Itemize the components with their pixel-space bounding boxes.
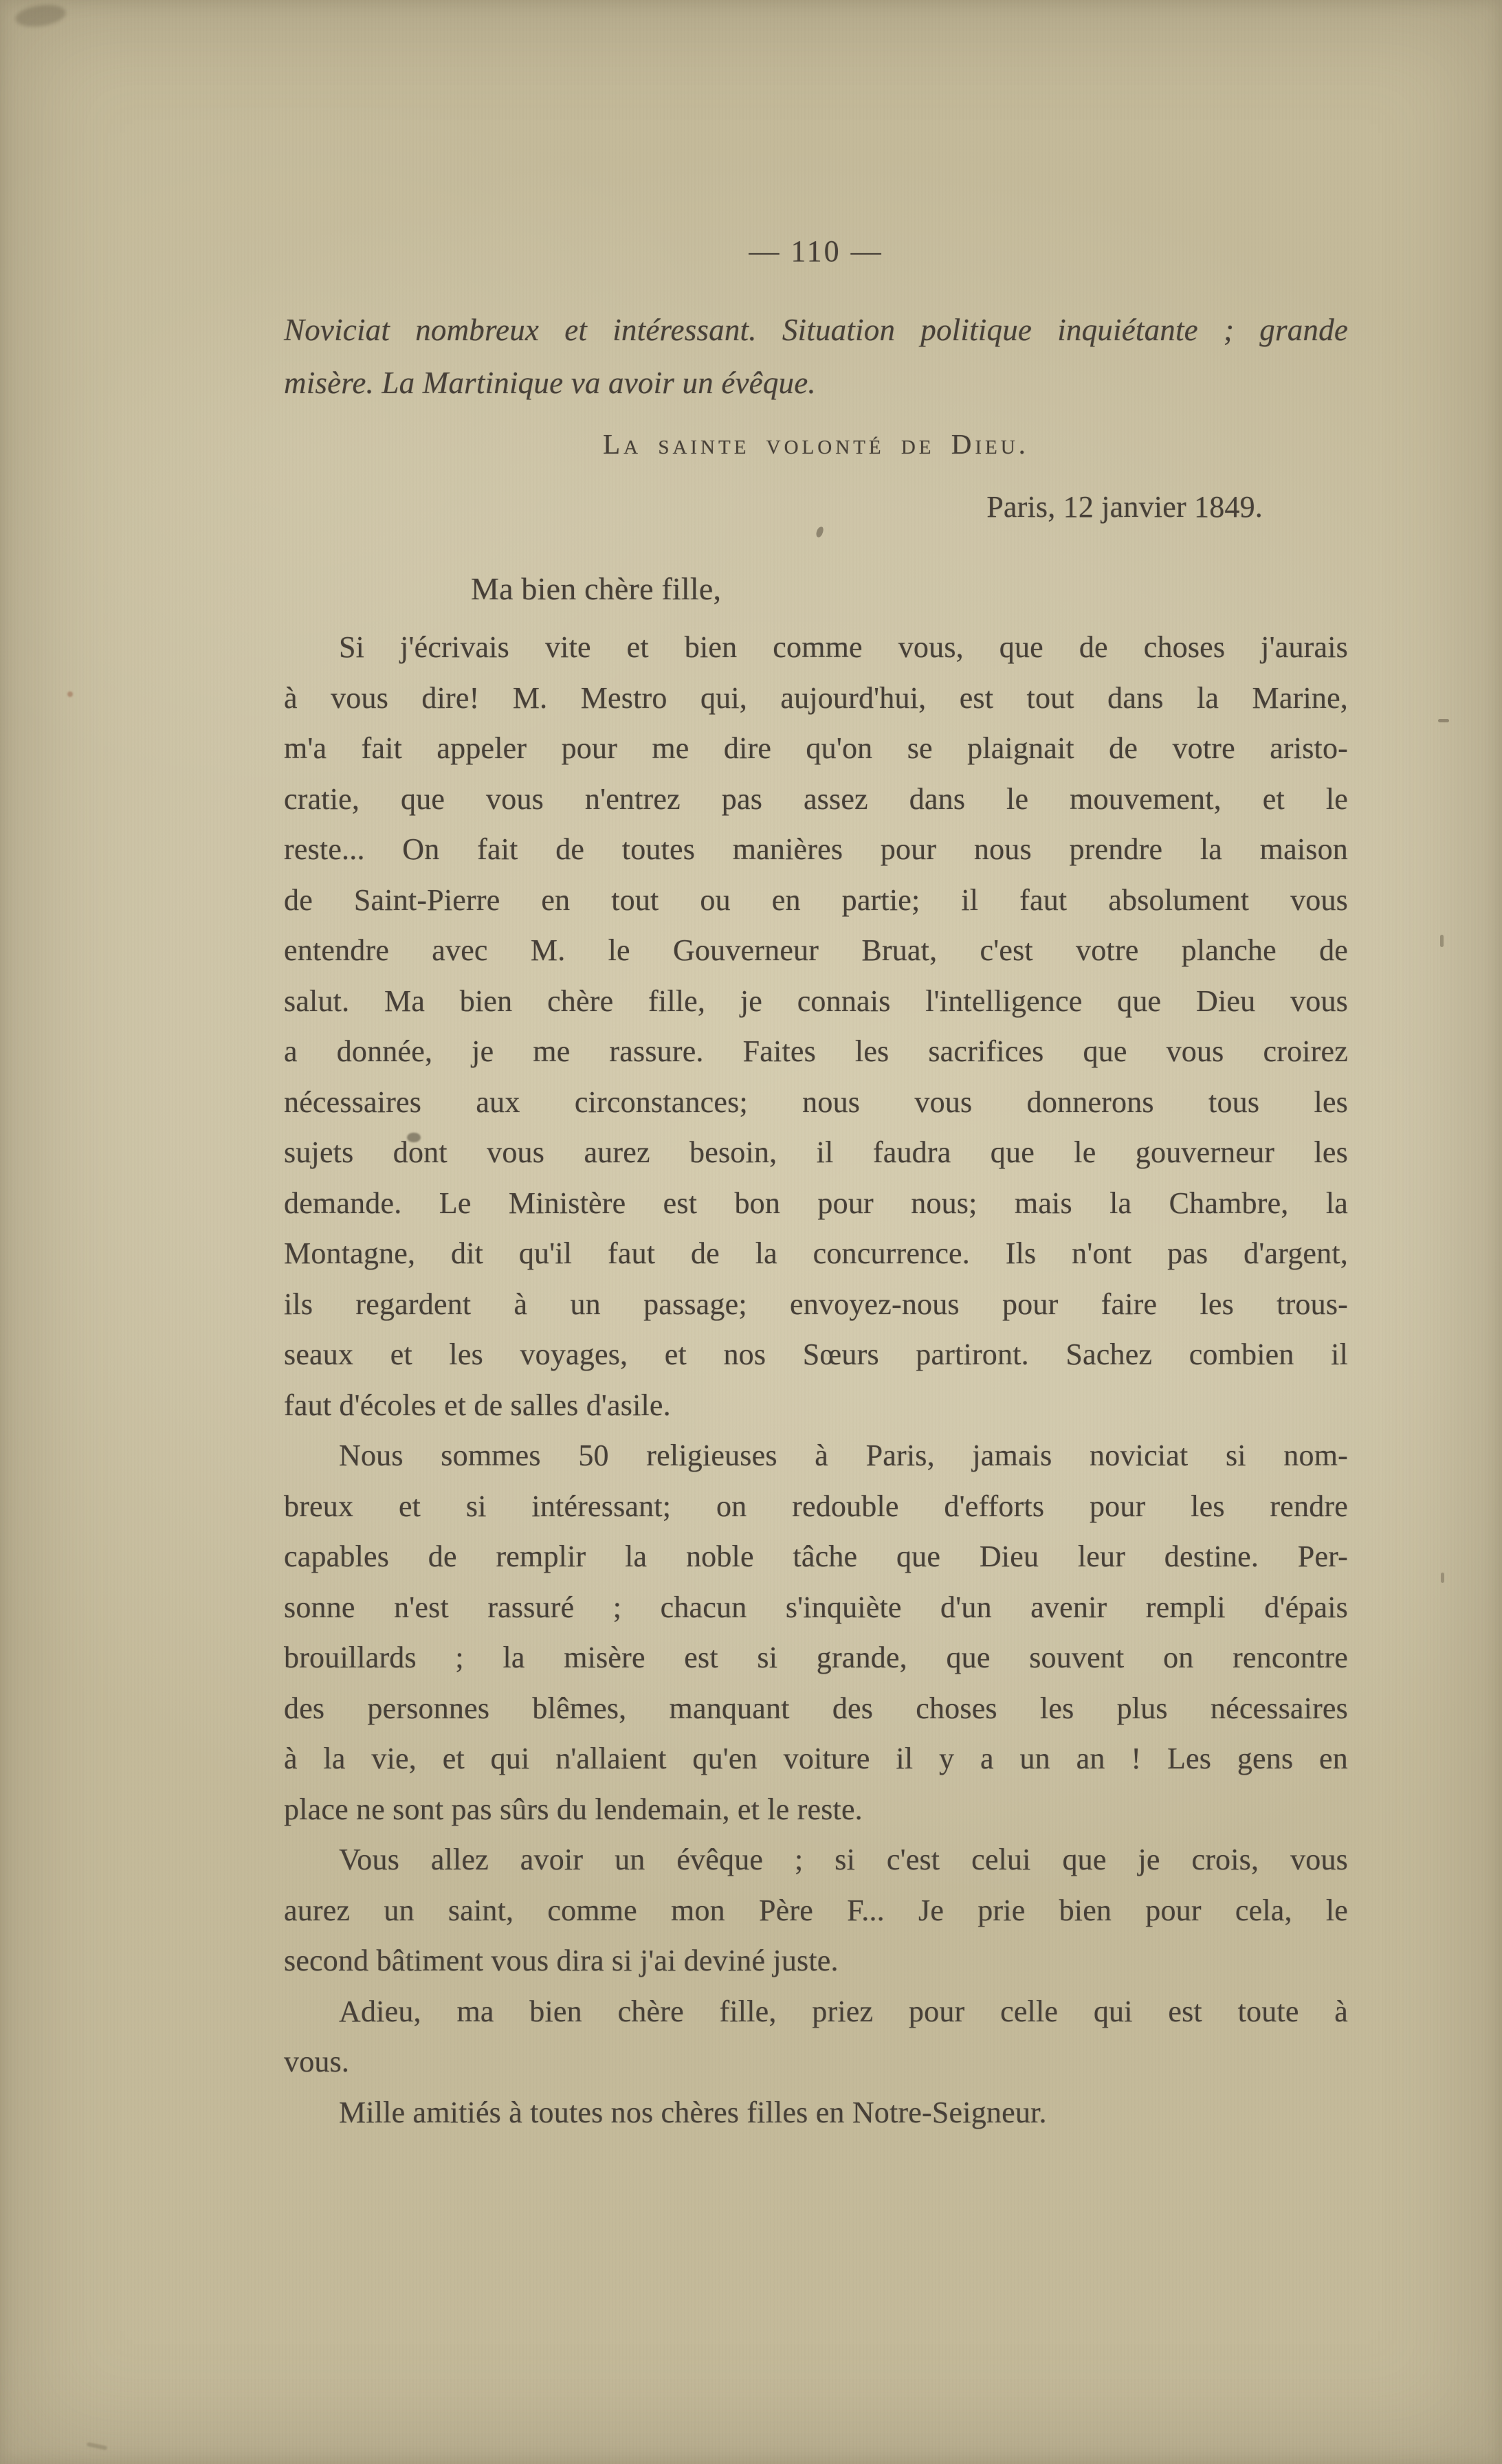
text-line: brouillards ; la misère est si grande, q… [284, 1632, 1348, 1683]
paragraph: Adieu, ma bien chère fille, priez pour c… [284, 1986, 1348, 2087]
text-line: capables de remplir la noble tâche que D… [284, 1531, 1348, 1582]
text-line: breux et si intéressant; on redouble d'e… [284, 1481, 1348, 1532]
text-line: ils regardent à un passage; envoyez-nous… [284, 1279, 1348, 1330]
text-line: Si j'écrivais vite et bien comme vous, q… [284, 622, 1348, 673]
text-line: sonne n'est rassuré ; chacun s'inquiète … [284, 1582, 1348, 1633]
paragraph: Si j'écrivais vite et bien comme vous, q… [284, 622, 1348, 1430]
text-line: m'a fait appeler pour me dire qu'on se p… [284, 723, 1348, 774]
page-number: — 110 — [284, 234, 1348, 269]
text-line: misère. La Martinique va avoir un évêque… [284, 357, 1348, 410]
letter-summary: Noviciat nombreux et intéressant. Situat… [284, 304, 1348, 410]
text-line: Adieu, ma bien chère fille, priez pour c… [284, 1986, 1348, 2037]
text-line: demande. Le Ministère est bon pour nous;… [284, 1178, 1348, 1229]
text-line: aurez un saint, comme mon Père F... Je p… [284, 1885, 1348, 1936]
paragraph: Mille amitiés à toutes nos chères filles… [284, 2087, 1348, 2138]
salutation: Ma bien chère fille, [284, 570, 1348, 607]
text-line: second bâtiment vous dira si j'ai deviné… [284, 1935, 1348, 1986]
text-line: des personnes blêmes, manquant des chose… [284, 1683, 1348, 1734]
paper-stain [1440, 935, 1444, 947]
section-heading: La sainte volonté de Dieu. [284, 428, 1348, 460]
text-line: Noviciat nombreux et intéressant. Situat… [284, 304, 1348, 357]
text-line: de Saint-Pierre en tout ou en partie; il… [284, 875, 1348, 926]
scanned-page: — 110 — Noviciat nombreux et intéressant… [0, 0, 1502, 2464]
text-line: salut. Ma bien chère fille, je connais l… [284, 976, 1348, 1027]
text-line: Montagne, dit qu'il faut de la concurren… [284, 1228, 1348, 1279]
paper-stain [815, 526, 824, 538]
paragraph: Nous sommes 50 religieuses à Paris, jama… [284, 1430, 1348, 1834]
paper-stain [14, 2, 67, 30]
text-line: Mille amitiés à toutes nos chères filles… [284, 2087, 1348, 2138]
text-line: reste... On fait de toutes manières pour… [284, 824, 1348, 875]
dateline: Paris, 12 janvier 1849. [284, 489, 1348, 524]
text-line: faut d'écoles et de salles d'asile. [284, 1380, 1348, 1431]
text-line: Vous allez avoir un évêque ; si c'est ce… [284, 1834, 1348, 1885]
text-line: Nous sommes 50 religieuses à Paris, jama… [284, 1430, 1348, 1481]
text-line: à vous dire! M. Mestro qui, aujourd'hui,… [284, 673, 1348, 724]
text-line: a donnée, je me rassure. Faites les sacr… [284, 1026, 1348, 1077]
letter-body: Si j'écrivais vite et bien comme vous, q… [284, 622, 1348, 2138]
text-line: entendre avec M. le Gouverneur Bruat, c'… [284, 925, 1348, 976]
text-line: nécessaires aux circonstances; nous vous… [284, 1077, 1348, 1128]
text-line: place ne sont pas sûrs du lendemain, et … [284, 1784, 1348, 1835]
paragraph: Vous allez avoir un évêque ; si c'est ce… [284, 1834, 1348, 1986]
text-line: seaux et les voyages, et nos Sœurs parti… [284, 1329, 1348, 1380]
text-line: vous. [284, 2036, 1348, 2087]
paper-stain [1441, 1573, 1444, 1583]
text-line: sujets dont vous aurez besoin, il faudra… [284, 1127, 1348, 1178]
text-line: cratie, que vous n'entrez pas assez dans… [284, 774, 1348, 825]
text-line: à la vie, et qui n'allaient qu'en voitur… [284, 1733, 1348, 1784]
paper-stain [1438, 719, 1449, 722]
paper-stain [67, 691, 73, 697]
paper-stain [87, 2442, 108, 2450]
